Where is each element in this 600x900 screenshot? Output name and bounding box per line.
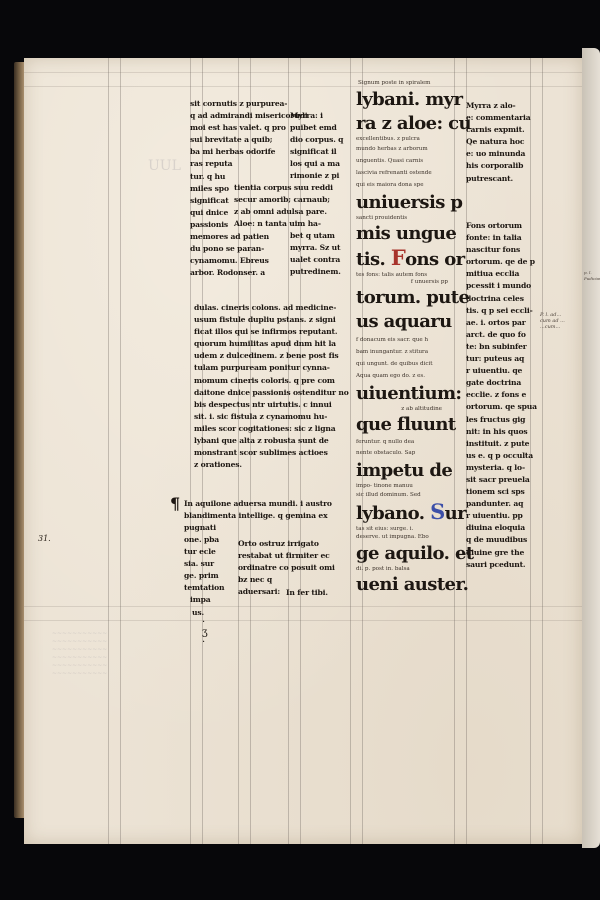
incipit: In fer tibi. [286,587,328,599]
gloss-line: myrra. Sz ut [290,242,341,254]
red-initial: F [391,245,405,270]
ruling-line [24,72,582,73]
ruling-line [24,606,582,607]
gloss-line: his corporalib [466,160,531,172]
left-gloss-narrow-block: one. pba tur ecle sia. sur ge. prim temt… [184,534,224,619]
top-interlinear-gloss: Signum poste in spiralem [358,80,430,87]
gloss-line: diuina eloquia [466,522,537,534]
gloss-line: sauri pcedunt. [466,559,537,571]
annotation-line: Pudiciam [584,276,600,282]
gloss-line: sit sacr preuela [466,474,537,486]
main-text-line: que fluunt [356,413,456,437]
gloss-line: les fructus gig [466,414,537,426]
main-text-line-with-blue-initial: lybano. Sur [356,500,456,526]
gloss-line: q de muudibus [466,534,537,546]
interlinear-gloss: f unuersis pp [356,279,456,286]
manuscript-page: UUL ~~~~~~~~~~~~~~~~~~~~~~~~~~~~~~~~~~~~… [24,58,582,844]
interlinear-gloss: sancti prouidentis [356,215,456,222]
right-gloss-top-block: Myrra z alo- e: commentaria carnis expmi… [466,100,531,185]
show-through-text: UUL [148,162,181,170]
gloss-line: one. pba [184,534,224,546]
folio-mark: 31. [38,534,51,543]
gloss-line: pugnati [184,522,332,534]
gloss-line: Qe natura hoc [466,136,531,148]
gloss-line: pcessit i mundo [466,280,537,292]
ruling-line [120,58,121,844]
interlinear-gloss: impo- tinone manuu [356,483,456,490]
gloss-line: r uiuentiu. pp [466,510,537,522]
interlinear-gloss: unguentis. Quasi carnis [356,155,456,167]
line-filler-mark: ·ʒ· [202,618,208,648]
interlinear-gloss: Aqua quam ego do. z es. [356,370,456,382]
interlinear-gloss: tas sit eius: surge. i. [356,526,456,533]
show-through-text: ~~~~~~~~~~~~~~~~~~~~~~~~~~~~~~~~~~~~~~~~… [52,630,107,678]
gloss-line: bis despectus ntr uirtutis. c innui [194,399,349,411]
adjacent-page-edge [582,48,600,848]
gloss-line: puibet emd [290,122,343,134]
gloss-line: temtation [184,582,224,594]
main-text-line: ueni auster. [356,573,456,597]
ruling-line [542,58,543,844]
main-text-line: ge aquilo. et [356,542,456,566]
gloss-line: r uiuentiu. qe [466,365,537,377]
right-gloss-lower-block: Fons ortorum fonte: in talia nascitur fo… [466,220,537,571]
gloss-line: z orationes. [194,459,349,471]
ruling-line [108,58,109,844]
paragraph-mark-icon: ¶ [170,494,180,513]
gloss-line: tur: puteus aq [466,353,537,365]
gloss-line: daitone dnice passionis ostenditur no [194,387,349,399]
gloss-line: los qui a ma [290,158,343,170]
gloss-line: carnis expmit. [466,124,531,136]
gloss-line: bz nec q [238,574,335,586]
middle-gloss-lower: bet q utam myrra. Sz ut ualet contra put… [290,230,341,278]
main-text-line-with-red-initial: tis. Fons or [356,246,456,272]
gloss-line: diuine gre the [466,547,537,559]
gloss-line: ortorum. qe de p [466,256,537,268]
gloss-line: dio corpus. q [290,134,343,146]
gloss-line: sit cornutis z purpurea- [190,98,308,110]
middle-gloss-column: Myrra: i puibet emd dio corpus. q signif… [290,110,343,183]
gloss-line: ge. prim [184,570,224,582]
gloss-line: dulas. cineris colons. ad medicine- [194,302,349,314]
gloss-line: udem z dulcedinem. z bene post fis [194,350,349,362]
gloss-line: ae. i. ortos par [466,317,537,329]
gloss-line: doctrina celes [466,293,537,305]
gloss-line: sia. sur [184,558,224,570]
gloss-line: monstrant scor sublimes actioes [194,447,349,459]
gloss-line: e: uo minunda [466,148,531,160]
interlinear-gloss: qui eis maiora dona spe [356,179,456,191]
gloss-line: mitiua ecclia [466,268,537,280]
gloss-line: restabat ut firmiter ec [238,550,335,562]
gloss-line: significat il [290,146,343,158]
gloss-line: gate doctrina [466,377,537,389]
main-text-line: mis ungue [356,222,456,246]
gloss-line: quorum humilitas apud dnm hit la [194,338,349,350]
gloss-line: tientia corpus suu reddi [234,182,333,194]
main-text-line: lybani. myr [356,88,456,112]
gloss-line: rimonie z pi [290,170,343,182]
gloss-line: te: bn subinfer [466,341,537,353]
gloss-line: ecclie. z fons e [466,389,537,401]
gloss-line: tis. q p sei eccli- [466,305,537,317]
interlinear-gloss: tes fons: talis autem fons [356,272,456,279]
ruling-line [350,58,351,844]
main-text-line: us aquaru [356,310,456,334]
gloss-line: instituit. z pute [466,438,537,450]
interlinear-gloss: deserve. ut impugna. Ebo [356,533,456,542]
gloss-line: ordinatre co posuit omi [238,562,335,574]
gloss-line: pandunter. aq [466,498,537,510]
gloss-line: arct. de quo fo [466,329,537,341]
gloss-line: ortorum. qe spua [466,401,537,413]
interlinear-gloss: bam inungantur. z stitura [356,346,456,358]
interlinear-gloss: nente obstaculo. Sap [356,447,456,459]
gloss-line: lybani que alta z robusta sunt de [194,435,349,447]
gloss-line: mysteria. q lo- [466,462,537,474]
gloss-line: ualet contra [290,254,341,266]
gloss-line: nascitur fons [466,244,537,256]
interlinear-gloss: lascivia refrenanti ostende [356,167,456,179]
gloss-line: momum cineris coloris. q pre com [194,375,349,387]
interlinear-gloss: f donacum eis sacr. que h [356,334,456,346]
gloss-line: blandimenta intellige. q gemina ex [184,510,332,522]
blue-initial: S [430,499,445,524]
gloss-line: fonte: in talia [466,232,537,244]
gloss-line: tionem sci sps [466,486,537,498]
interlinear-gloss: qui ungunt. de quibus dicit [356,358,456,370]
ruling-line [24,86,582,87]
gloss-line: ficat illos qui se infirmos reputant. [194,326,349,338]
interlinear-gloss: di. p. post in. balsa [356,566,456,573]
marginal-annotation: P. l. ad... cum ad ... ...cum... [540,312,565,330]
interlinear-gloss: mundo herbas z arborum [356,143,456,155]
interlinear-gloss: z ab altitudine [356,406,456,413]
gloss-line: Myrra: i [290,110,343,122]
gloss-line: In aquilone aduersa mundi. i austro [184,498,332,510]
main-text-line: ra z aloe: cu [356,112,456,136]
gloss-line: us e. q p occulta [466,450,537,462]
gloss-line: bet q utam [290,230,341,242]
gloss-line: Orto ostruz irrigato [238,538,335,550]
main-text-line: torum. pute [356,286,456,310]
gloss-line: z ab omni adulsa pare. [234,206,333,218]
annotation-line: ...cum... [540,324,565,330]
adjacent-page-annotation: p. l. Pudiciam [584,270,600,282]
ruling-line [24,620,582,621]
main-text-line: uniuersis p [356,191,456,215]
main-text-line: impetu de [356,459,456,483]
gloss-line: Aloe: n tanta uim ha- [234,218,333,230]
gloss-line: miles scor cogitationes: sic z ligna [194,423,349,435]
gloss-line: usum fistule dupliu pstans. z signi [194,314,349,326]
gloss-line: nit: in his quos [466,426,537,438]
middle-gloss-wide: tientia corpus suu reddi secur amorib; c… [234,182,333,230]
main-text-line: uiuentium: [356,382,456,406]
left-gloss-wide-block: dulas. cineris colons. ad medicine- usum… [194,302,349,471]
gloss-line: secur amorib; carnaub; [234,194,333,206]
gloss-line: Fons ortorum [466,220,537,232]
gloss-line: impa [184,594,224,606]
gloss-line: e: commentaria [466,112,531,124]
main-text-column: lybani. myr ra z aloe: cu excellentibus.… [356,88,456,597]
gloss-line: tur ecle [184,546,224,558]
gloss-line: tulam purpuream ponitur cynna- [194,362,349,374]
left-gloss-paragraph-block: In aquilone aduersa mundi. i austro blan… [184,498,332,534]
gloss-line: putrescant. [466,173,531,185]
interlinear-gloss: excellentibus. z pulcra [356,136,456,143]
interlinear-gloss: feruntur. q nullo dea [356,437,456,447]
gloss-line: sit. i. sic fistula z cynamomu hu- [194,411,349,423]
gloss-line: Myrra z alo- [466,100,531,112]
gloss-line: putredinem. [290,266,341,278]
